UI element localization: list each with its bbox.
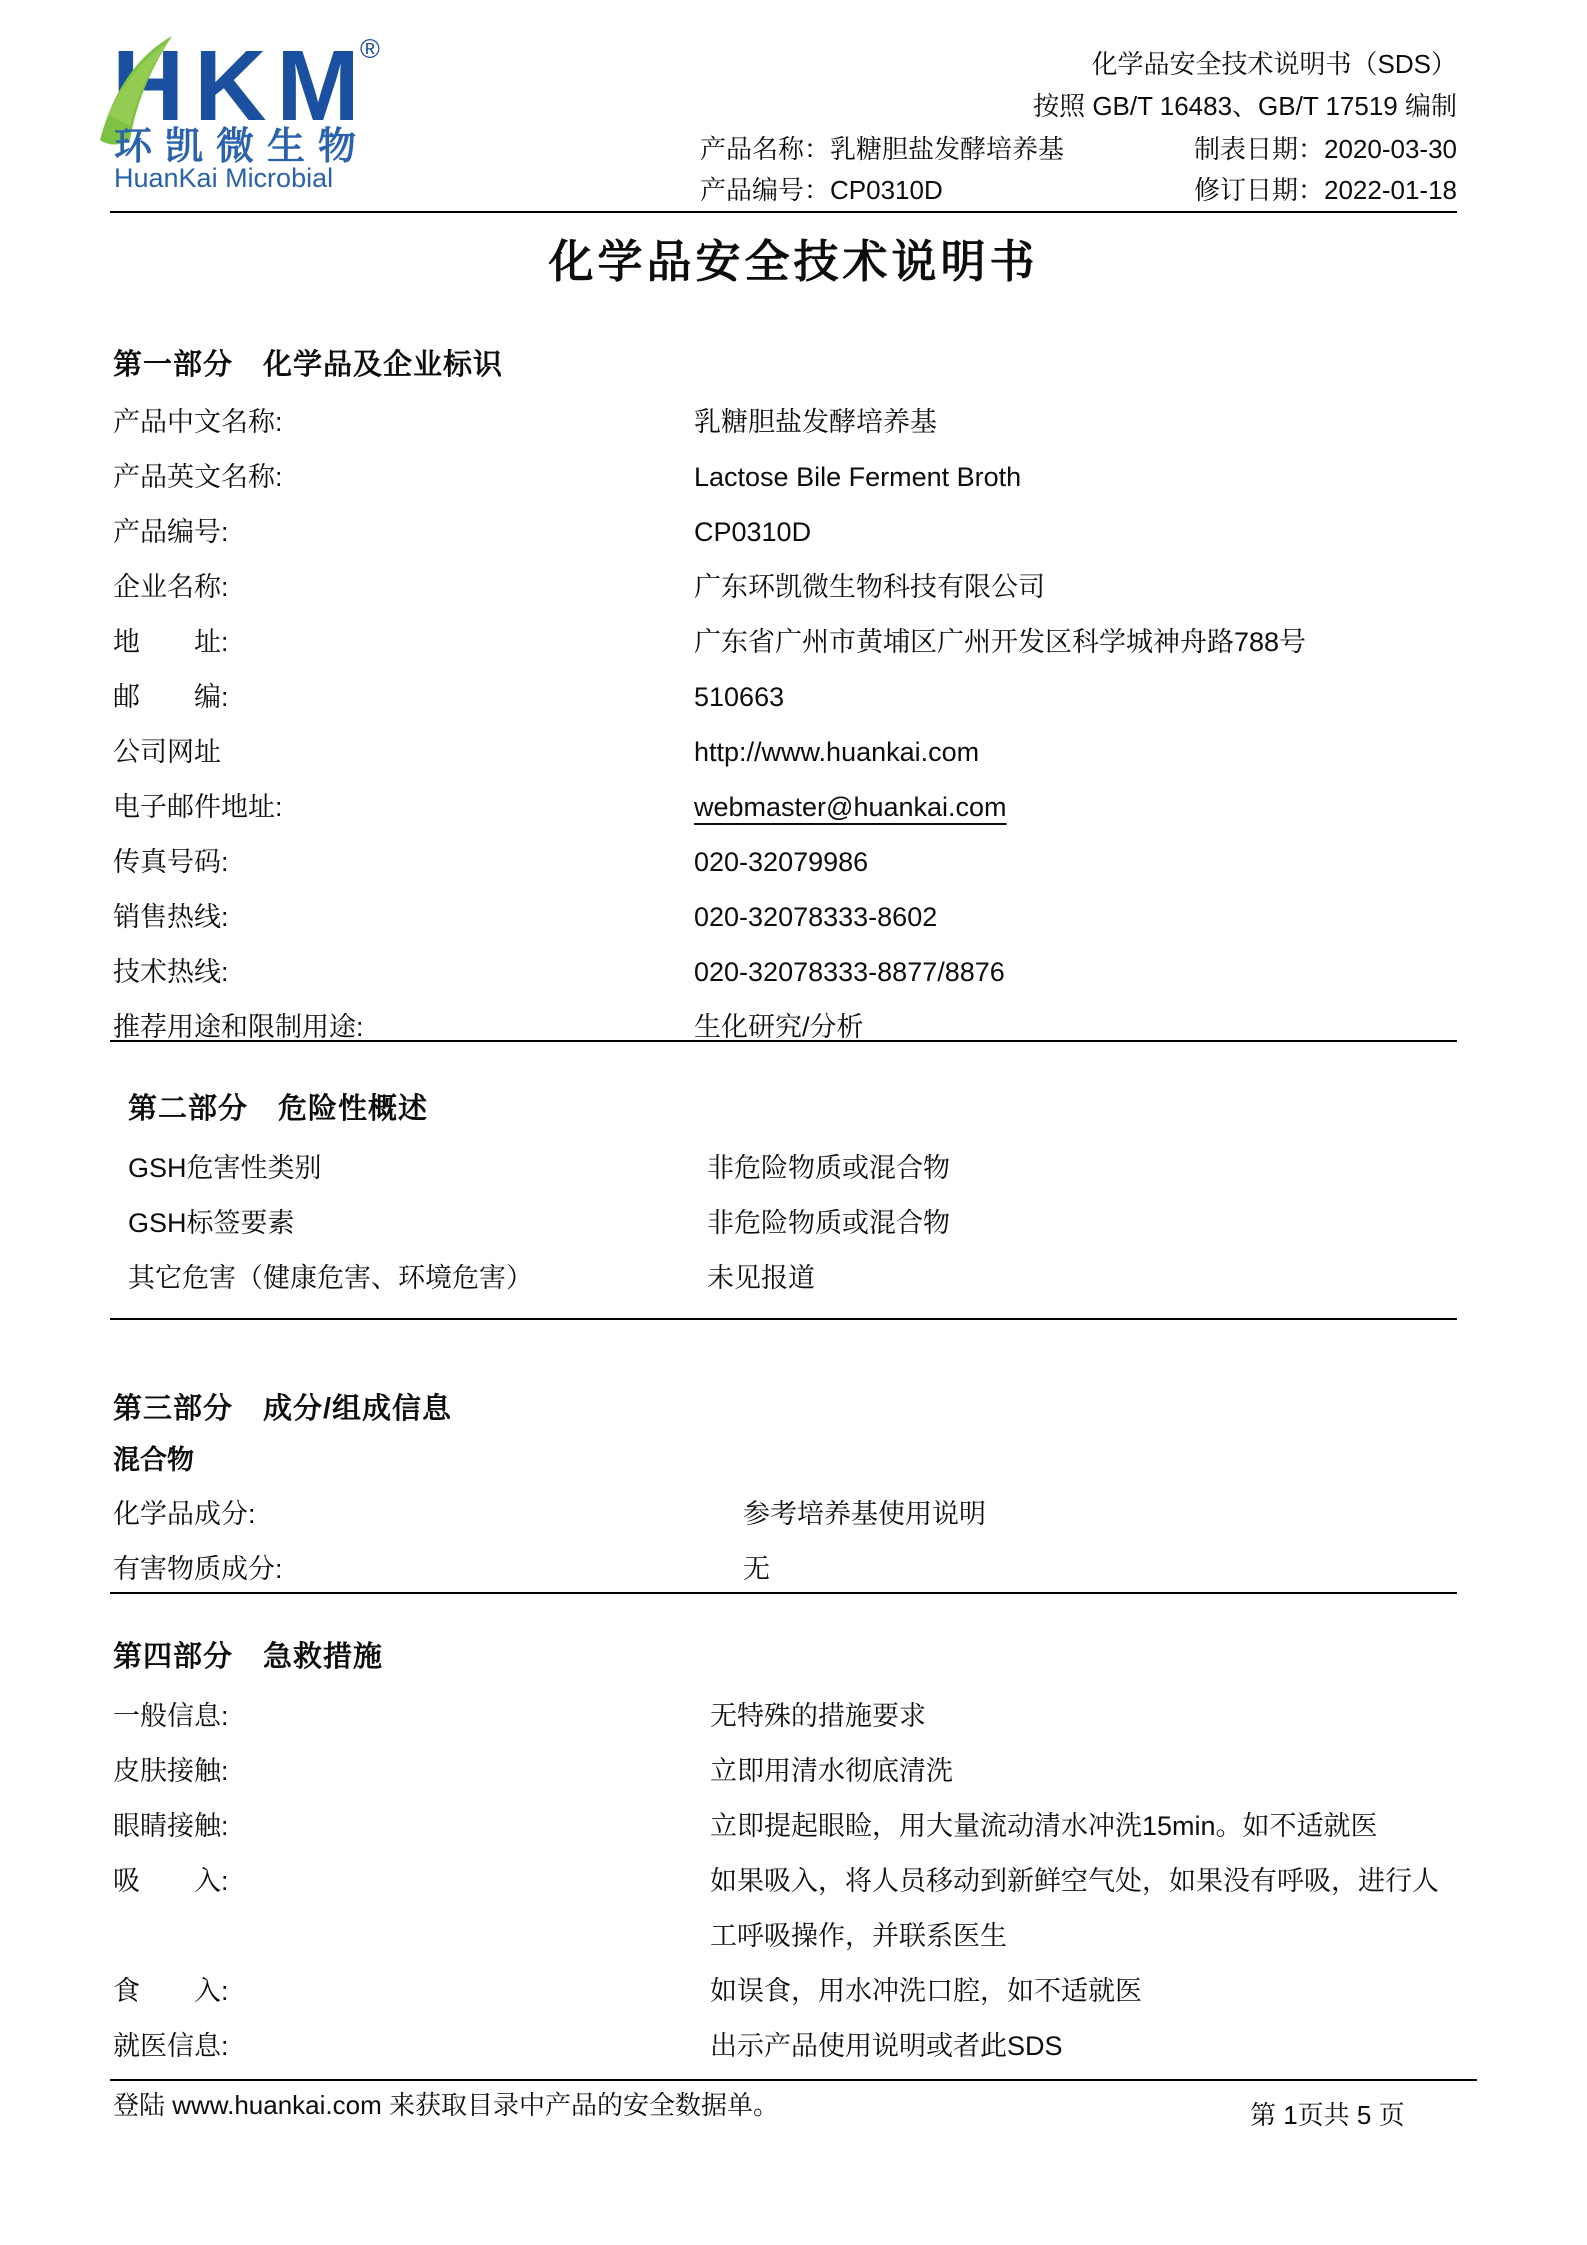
field-value: 如果吸入，将人员移动到新鲜空气处，如果没有呼吸，进行人 工呼吸操作，并联系医生 (710, 1854, 1473, 1964)
field-value: 生化研究/分析 (694, 1000, 1473, 1055)
row-recommended-use: 推荐用途和限制用途:生化研究/分析 (113, 1000, 1473, 1055)
logo-en-name: HuanKai Microbial (114, 163, 333, 193)
field-value: CP0310D (694, 505, 1473, 560)
field-value: 参考培养基使用说明 (743, 1487, 1473, 1542)
field-value: 未见报道 (707, 1251, 1473, 1306)
field-label: 技术热线: (113, 945, 694, 1000)
row-hazardous-components: 有害物质成分:无 (113, 1542, 1473, 1597)
field-value: 出示产品使用说明或者此SDS (710, 2019, 1473, 2074)
row-inhalation: 吸 入:如果吸入，将人员移动到新鲜空气处，如果没有呼吸，进行人 工呼吸操作，并联… (113, 1854, 1473, 1964)
field-label: GSH标签要素 (128, 1196, 707, 1251)
field-value: 无 (743, 1542, 1473, 1597)
section-2-rows: GSH危害性类别非危险物质或混合物 GSH标签要素非危险物质或混合物 其它危害（… (113, 1141, 1473, 1306)
sds-document-page: HKM ® 环凯微生物 HuanKai Microbial 化学品安全技术说明书… (0, 0, 1587, 2245)
header-meta-row-2: 产品编号：CP0310D 修订日期：2022-01-18 (700, 174, 1457, 206)
section-4-heading: 第四部分 急救措施 (113, 1637, 1473, 1677)
created-date-pair: 制表日期：2020-03-30 (1194, 133, 1457, 165)
field-value: 非危险物质或混合物 (707, 1196, 1473, 1251)
row-address: 地 址:广东省广州市黄埔区广州开发区科学城神舟路788号 (113, 615, 1473, 670)
field-label: 电子邮件地址: (113, 780, 694, 835)
created-date-value: 2020-03-30 (1324, 134, 1457, 164)
row-fax: 传真号码:020-32079986 (113, 835, 1473, 890)
row-eye-contact: 眼睛接触:立即提起眼睑，用大量流动清水冲洗15min。如不适就医 (113, 1799, 1473, 1854)
registered-trademark-icon: ® (360, 34, 380, 64)
field-label: 公司网址 (113, 725, 694, 780)
field-label: 推荐用途和限制用途: (113, 1000, 694, 1055)
row-general-info: 一般信息:无特殊的措施要求 (113, 1689, 1473, 1744)
created-date-label: 制表日期： (1194, 134, 1324, 164)
section-composition: 第三部分 成分/组成信息 混合物 化学品成分:参考培养基使用说明 有害物质成分:… (113, 1389, 1473, 1597)
logo-cn-name: 环凯微生物 (114, 126, 369, 168)
row-product-cn-name: 产品中文名称:乳糖胆盐发酵培养基 (113, 395, 1473, 450)
field-label: 眼睛接触: (113, 1799, 710, 1854)
field-value: 020-32078333-8877/8876 (694, 945, 1473, 1000)
row-other-hazards: 其它危害（健康危害、环境危害）未见报道 (113, 1251, 1473, 1306)
field-label: 化学品成分: (113, 1487, 743, 1542)
row-tech-hotline: 技术热线:020-32078333-8877/8876 (113, 945, 1473, 1000)
section-3-heading: 第三部分 成分/组成信息 (113, 1389, 1473, 1429)
field-value: 无特殊的措施要求 (710, 1689, 1473, 1744)
mixture-subheading: 混合物 (113, 1437, 1473, 1483)
field-value: 如误食，用水冲洗口腔，如不适就医 (710, 1964, 1473, 2019)
field-value: Lactose Bile Ferment Broth (694, 450, 1473, 505)
company-logo: HKM ® 环凯微生物 HuanKai Microbial (98, 18, 398, 193)
field-label: 有害物质成分: (113, 1542, 743, 1597)
field-label: 就医信息: (113, 2019, 710, 2074)
field-value: 广东省广州市黄埔区广州开发区科学城神舟路788号 (694, 615, 1473, 670)
row-medical-info: 就医信息:出示产品使用说明或者此SDS (113, 2019, 1473, 2074)
field-label: 食 入: (113, 1964, 710, 2019)
section-3-rows: 化学品成分:参考培养基使用说明 有害物质成分:无 (113, 1487, 1473, 1597)
revised-date-value: 2022-01-18 (1324, 175, 1457, 205)
footer-note: 登陆 www.huankai.com 来获取目录中产品的安全数据单。 (113, 2088, 779, 2122)
doc-title-sds: 化学品安全技术说明书（SDS） (1092, 48, 1457, 80)
row-product-code: 产品编号:CP0310D (113, 505, 1473, 560)
field-label: 企业名称: (113, 560, 694, 615)
section-identification: 第一部分 化学品及企业标识 产品中文名称:乳糖胆盐发酵培养基 产品英文名称:La… (113, 345, 1473, 1055)
field-label: 产品英文名称: (113, 450, 694, 505)
header-meta-row-1: 产品名称：乳糖胆盐发酵培养基 制表日期：2020-03-30 (700, 133, 1457, 165)
page-title: 化学品安全技术说明书 (0, 225, 1587, 290)
product-code-label: 产品编号： (700, 175, 830, 205)
field-value: 非危险物质或混合物 (707, 1141, 1473, 1196)
row-ghs-hazard-class: GSH危害性类别非危险物质或混合物 (113, 1141, 1473, 1196)
field-value: 510663 (694, 670, 1473, 725)
website-url: http://www.huankai.com (694, 725, 1473, 780)
section-2-heading: 第二部分 危险性概述 (128, 1089, 1473, 1129)
field-value: 立即用清水彻底清洗 (710, 1744, 1473, 1799)
row-ghs-label-elements: GSH标签要素非危险物质或混合物 (113, 1196, 1473, 1251)
section-4-rows: 一般信息:无特殊的措施要求 皮肤接触:立即用清水彻底清洗 眼睛接触:立即提起眼睑… (113, 1689, 1473, 2074)
header-divider (110, 211, 1457, 213)
field-value: 乳糖胆盐发酵培养基 (694, 395, 1473, 450)
field-label: 传真号码: (113, 835, 694, 890)
row-skin-contact: 皮肤接触:立即用清水彻底清洗 (113, 1744, 1473, 1799)
revised-date-label: 修订日期： (1194, 175, 1324, 205)
field-label: 皮肤接触: (113, 1744, 710, 1799)
field-label: 产品中文名称: (113, 395, 694, 450)
row-ingestion: 食 入:如误食，用水冲洗口腔，如不适就医 (113, 1964, 1473, 2019)
row-product-en-name: 产品英文名称:Lactose Bile Ferment Broth (113, 450, 1473, 505)
field-label: 地 址: (113, 615, 694, 670)
field-label: 吸 入: (113, 1854, 710, 1909)
section-divider (110, 1040, 1457, 1042)
field-label: 其它危害（健康危害、环境危害） (128, 1251, 707, 1306)
section-divider (110, 1592, 1457, 1594)
product-name-value: 乳糖胆盐发酵培养基 (830, 134, 1064, 164)
row-chemical-composition: 化学品成分:参考培养基使用说明 (113, 1487, 1473, 1542)
field-value: 广东环凯微生物科技有限公司 (694, 560, 1473, 615)
product-code-value: CP0310D (830, 175, 943, 205)
row-email: 电子邮件地址:webmaster@huankai.com (113, 780, 1473, 835)
doc-standard-note: 按照 GB/T 16483、GB/T 17519 编制 (1033, 90, 1457, 122)
product-name-pair: 产品名称：乳糖胆盐发酵培养基 (700, 133, 1064, 165)
section-1-rows: 产品中文名称:乳糖胆盐发酵培养基 产品英文名称:Lactose Bile Fer… (113, 395, 1473, 1055)
product-name-label: 产品名称： (700, 134, 830, 164)
footer-divider (110, 2079, 1477, 2081)
row-postcode: 邮 编:510663 (113, 670, 1473, 725)
page-number-indicator: 第 1页共 5 页 (1250, 2100, 1405, 2130)
field-value: 020-32079986 (694, 835, 1473, 890)
section-1-heading: 第一部分 化学品及企业标识 (113, 345, 1473, 385)
field-value: 020-32078333-8602 (694, 890, 1473, 945)
field-value: 立即提起眼睑，用大量流动清水冲洗15min。如不适就医 (710, 1799, 1473, 1854)
field-label: 邮 编: (113, 670, 694, 725)
row-sales-hotline: 销售热线:020-32078333-8602 (113, 890, 1473, 945)
row-company-name: 企业名称:广东环凯微生物科技有限公司 (113, 560, 1473, 615)
field-label: 一般信息: (113, 1689, 710, 1744)
row-website: 公司网址http://www.huankai.com (113, 725, 1473, 780)
field-label: GSH危害性类别 (128, 1141, 707, 1196)
section-first-aid: 第四部分 急救措施 一般信息:无特殊的措施要求 皮肤接触:立即用清水彻底清洗 眼… (113, 1637, 1473, 2074)
field-label: 产品编号: (113, 505, 694, 560)
email-link[interactable]: webmaster@huankai.com (694, 780, 1473, 835)
product-code-pair: 产品编号：CP0310D (700, 174, 943, 206)
field-label: 销售热线: (113, 890, 694, 945)
hkm-logo-icon: HKM ® 环凯微生物 HuanKai Microbial (98, 18, 398, 193)
section-divider (110, 1318, 1457, 1320)
revised-date-pair: 修订日期：2022-01-18 (1194, 174, 1457, 206)
section-hazard-overview: 第二部分 危险性概述 GSH危害性类别非危险物质或混合物 GSH标签要素非危险物… (113, 1089, 1473, 1306)
